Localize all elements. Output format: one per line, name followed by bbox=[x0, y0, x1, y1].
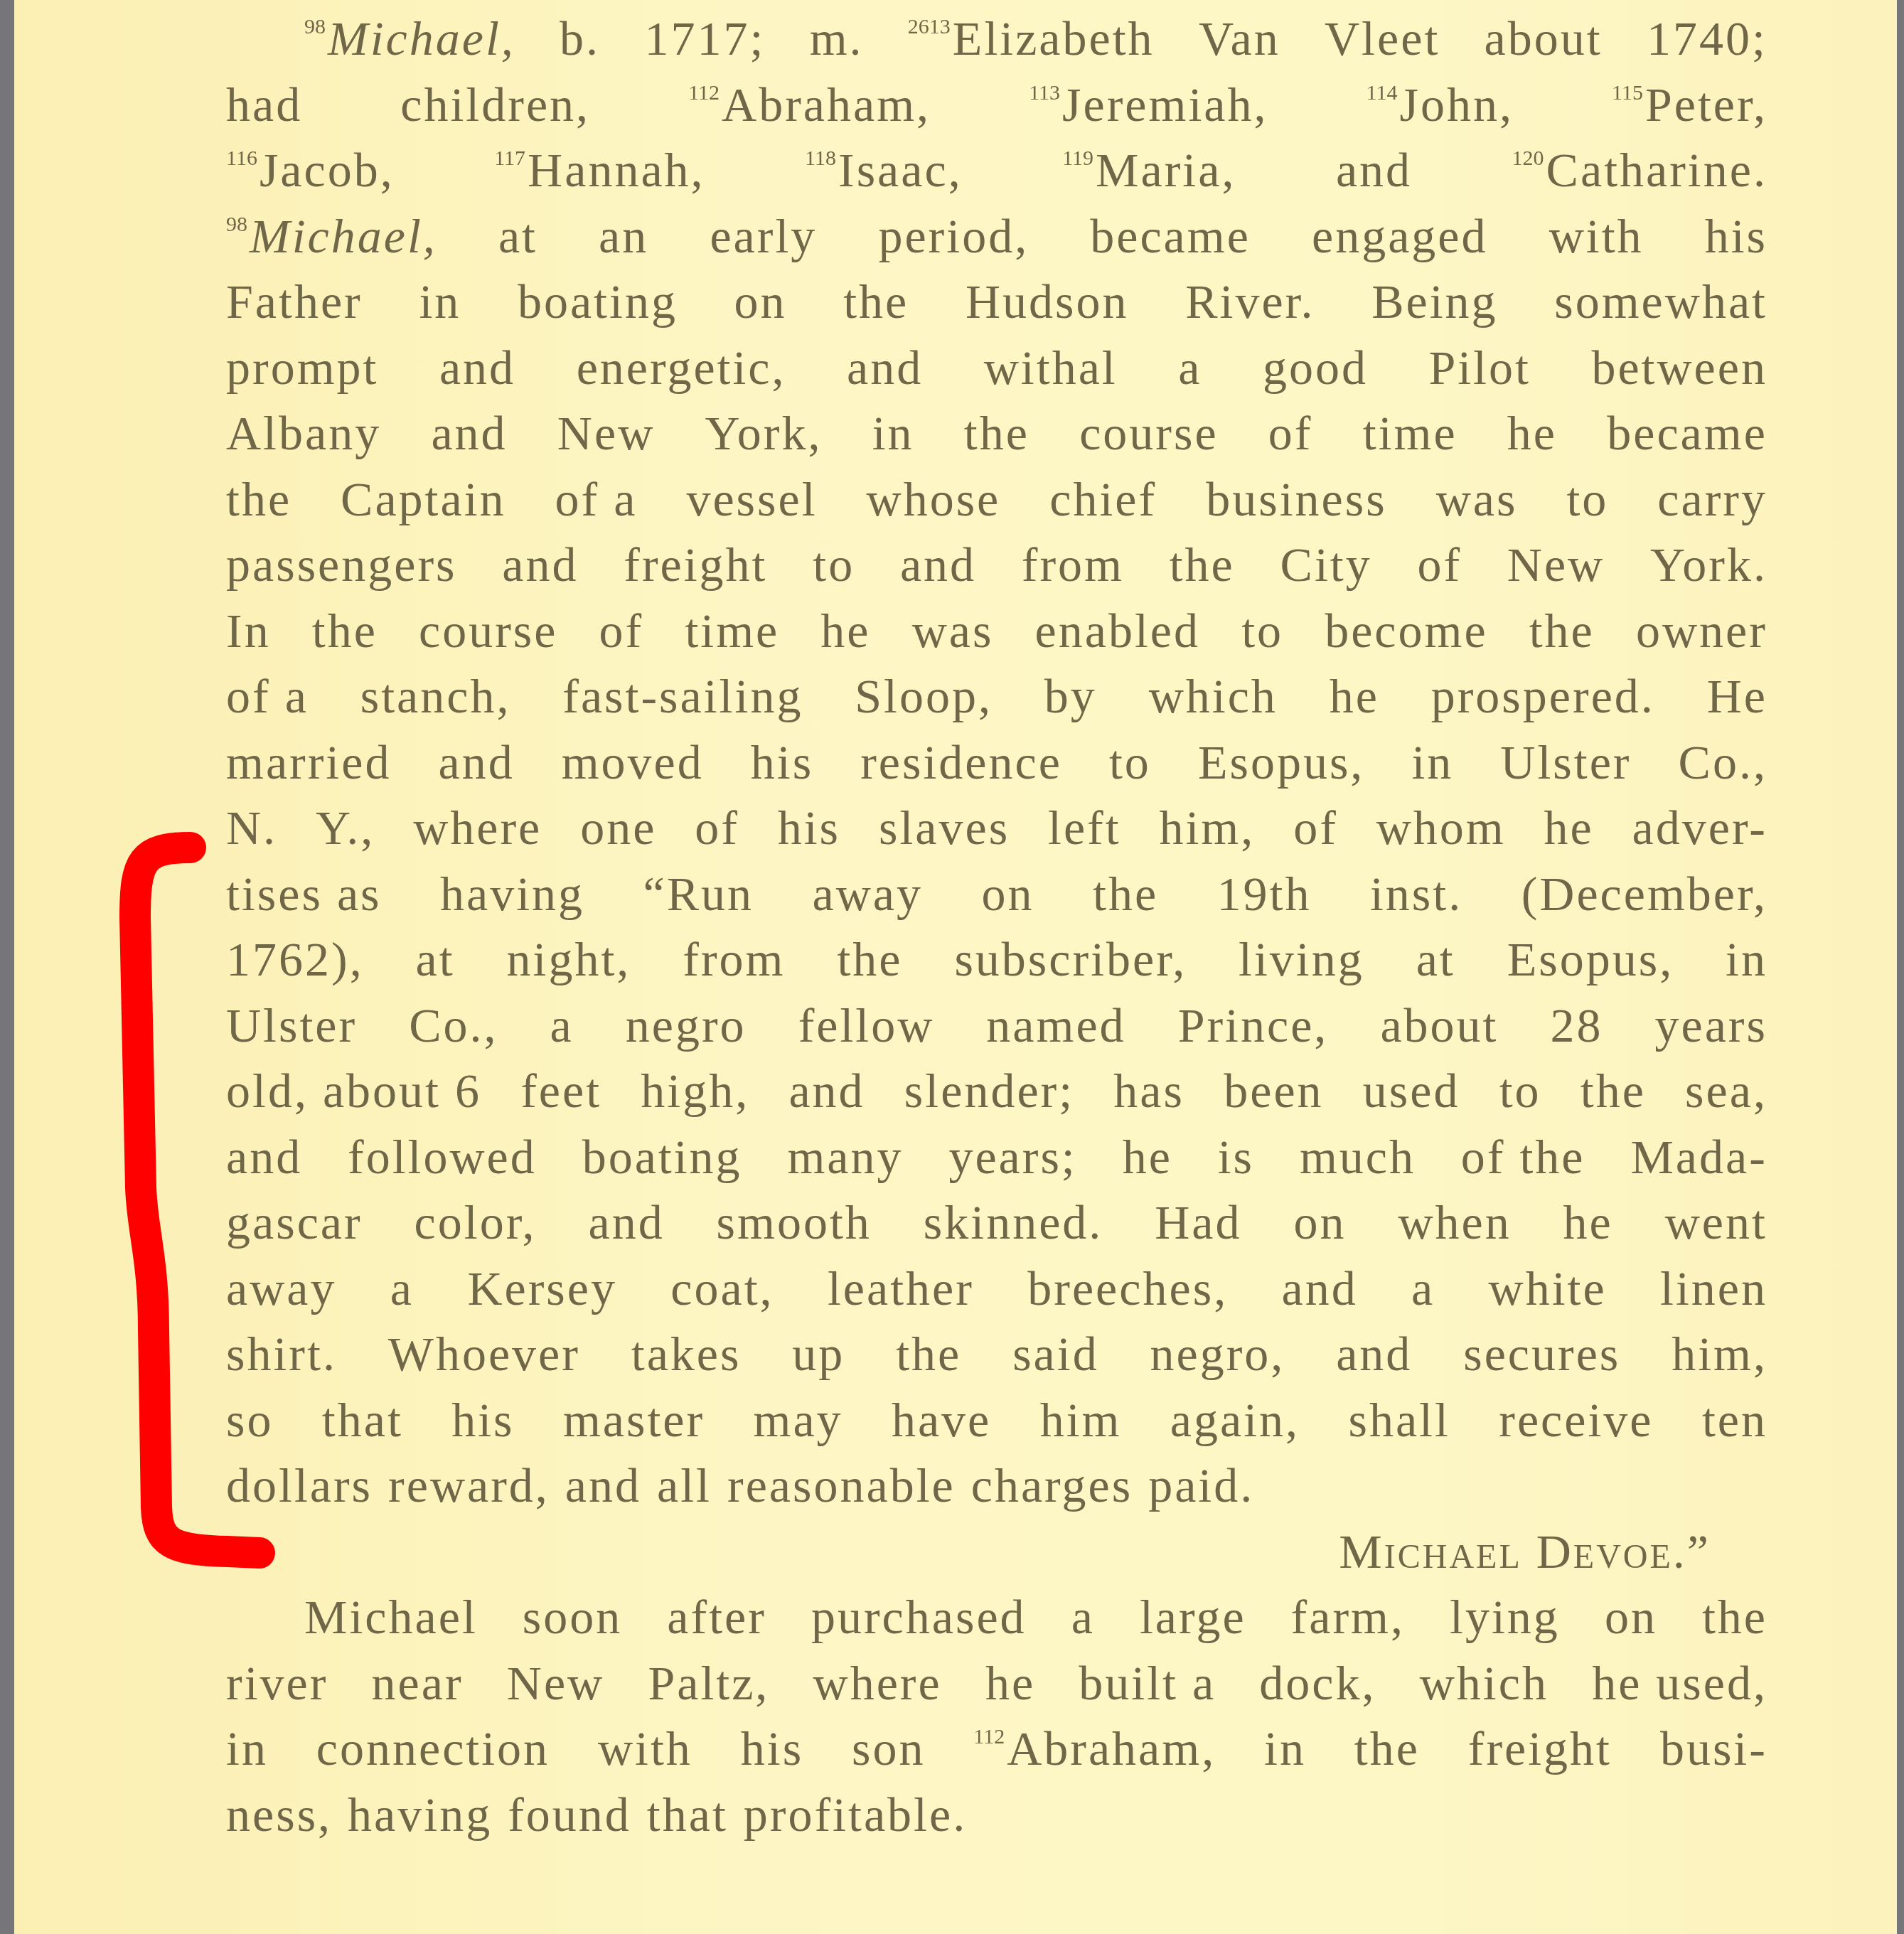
word: 113Jeremiah, bbox=[1029, 72, 1268, 138]
word: fast-sailing bbox=[562, 663, 803, 730]
word: the bbox=[1093, 861, 1158, 927]
word: a bbox=[550, 993, 574, 1059]
word: son bbox=[852, 1716, 925, 1782]
word: the bbox=[226, 466, 292, 533]
word: In bbox=[226, 598, 271, 664]
word: in bbox=[1264, 1716, 1306, 1782]
word: freight bbox=[624, 532, 767, 598]
text-line: hadchildren,112Abraham,113Jeremiah,114Jo… bbox=[226, 72, 1767, 138]
word: to bbox=[1566, 466, 1608, 533]
word: went bbox=[1665, 1190, 1767, 1256]
word: negro bbox=[626, 993, 747, 1059]
word: he bbox=[820, 598, 870, 664]
word: have bbox=[892, 1387, 991, 1453]
word: many bbox=[787, 1124, 903, 1190]
word: all bbox=[657, 1453, 712, 1519]
word: Hudson bbox=[966, 269, 1129, 335]
word: about bbox=[1485, 6, 1603, 72]
word: may bbox=[754, 1387, 843, 1453]
word: near bbox=[372, 1650, 464, 1716]
word: 112Abraham, bbox=[973, 1716, 1216, 1782]
word: named bbox=[986, 993, 1125, 1059]
reference-number: 120 bbox=[1512, 146, 1544, 170]
word: of a bbox=[226, 663, 309, 730]
word: He bbox=[1707, 663, 1767, 730]
word: stanch, bbox=[360, 663, 511, 730]
word: Co., bbox=[409, 993, 498, 1059]
word: 116Jacob, bbox=[226, 137, 395, 203]
word: 1717; bbox=[644, 6, 765, 72]
word: in bbox=[1726, 926, 1767, 993]
word: profitable. bbox=[744, 1782, 967, 1848]
reference-number: 115 bbox=[1612, 81, 1643, 105]
word: left bbox=[1048, 795, 1121, 861]
word: married bbox=[226, 730, 391, 796]
reference-number: 2613 bbox=[908, 15, 951, 38]
text-line: marriedandmovedhisresidencetoEsopus,inUl… bbox=[226, 730, 1767, 796]
word: his bbox=[451, 1387, 514, 1453]
text-line: AlbanyandNewYork,inthecourseoftimehebeca… bbox=[226, 400, 1767, 466]
word: Esopus, bbox=[1198, 730, 1364, 796]
word: children, bbox=[400, 72, 590, 138]
word: where bbox=[413, 795, 542, 861]
word: night, bbox=[507, 926, 631, 993]
word: the bbox=[1170, 532, 1235, 598]
word: he bbox=[1507, 400, 1557, 466]
word: time bbox=[1363, 400, 1458, 466]
text-line: FatherinboatingontheHudsonRiver.Beingsom… bbox=[226, 269, 1767, 335]
word: and bbox=[438, 730, 514, 796]
word: him, bbox=[1672, 1321, 1767, 1387]
word: leather bbox=[828, 1256, 974, 1322]
word: he bbox=[985, 1650, 1035, 1716]
word: to bbox=[1241, 598, 1283, 664]
word: he used, bbox=[1592, 1650, 1767, 1716]
text-line: 116Jacob,117Hannah,118Isaac,119Maria,and… bbox=[226, 137, 1767, 203]
word: was bbox=[912, 598, 994, 664]
word: breeches, bbox=[1027, 1256, 1228, 1322]
page-text: 98Michael,b.1717;m.2613ElizabethVanVleet… bbox=[226, 6, 1767, 1847]
word: Vleet bbox=[1325, 6, 1440, 72]
reference-number: 117 bbox=[494, 146, 525, 170]
word: connection bbox=[316, 1716, 550, 1782]
word: River. bbox=[1185, 269, 1315, 335]
word: large bbox=[1140, 1584, 1246, 1650]
word: years; bbox=[948, 1124, 1076, 1190]
word: that bbox=[647, 1782, 728, 1848]
word: the bbox=[896, 1321, 961, 1387]
word: engaged bbox=[1312, 203, 1488, 269]
word: he bbox=[1123, 1124, 1172, 1190]
word: inst. bbox=[1370, 861, 1462, 927]
word: up bbox=[792, 1321, 845, 1387]
word: paid. bbox=[1148, 1453, 1254, 1519]
word: lying bbox=[1450, 1584, 1560, 1650]
word: early bbox=[710, 203, 817, 269]
word: Paltz, bbox=[648, 1650, 769, 1716]
word: Michael bbox=[304, 1584, 478, 1650]
word: and bbox=[788, 1058, 865, 1124]
word: course bbox=[1079, 400, 1218, 466]
word: 112Abraham, bbox=[688, 72, 931, 138]
word: living bbox=[1239, 926, 1364, 993]
text-line: 98Michael,b.1717;m.2613ElizabethVanVleet… bbox=[226, 6, 1767, 72]
word: City bbox=[1280, 532, 1372, 598]
reference-number: 114 bbox=[1367, 81, 1398, 105]
word: on bbox=[734, 269, 787, 335]
word: whom bbox=[1376, 795, 1506, 861]
reference-number: 112 bbox=[688, 81, 720, 105]
signature-line: Michael Devoe.” bbox=[226, 1519, 1767, 1585]
word: which bbox=[1149, 663, 1278, 730]
word: having bbox=[348, 1782, 492, 1848]
word: years bbox=[1654, 993, 1767, 1059]
word: chief bbox=[1049, 466, 1157, 533]
word: ness, bbox=[226, 1782, 332, 1848]
word: and bbox=[565, 1453, 641, 1519]
word: after bbox=[667, 1584, 766, 1650]
text-line: promptandenergetic,andwithalagoodPilotbe… bbox=[226, 335, 1767, 401]
word: built a bbox=[1079, 1650, 1216, 1716]
word: takes bbox=[631, 1321, 742, 1387]
word: is bbox=[1218, 1124, 1254, 1190]
word: white bbox=[1489, 1256, 1607, 1322]
word: of bbox=[1417, 532, 1462, 598]
word: the bbox=[1702, 1584, 1767, 1650]
word: linen bbox=[1660, 1256, 1767, 1322]
word: Sloop, bbox=[855, 663, 993, 730]
red-bracket-annotation-icon bbox=[114, 832, 277, 1578]
word: feet bbox=[520, 1058, 601, 1124]
reference-number: 98 bbox=[226, 213, 247, 236]
word: withal bbox=[984, 335, 1118, 401]
word: good bbox=[1263, 335, 1368, 401]
reference-number: 98 bbox=[304, 15, 326, 38]
word: his bbox=[751, 730, 813, 796]
word: 118Isaac, bbox=[805, 137, 963, 203]
word: busi- bbox=[1660, 1716, 1767, 1782]
word: owner bbox=[1636, 598, 1767, 664]
word: ten bbox=[1702, 1387, 1767, 1453]
word: and bbox=[1336, 137, 1412, 203]
word: of the bbox=[1461, 1124, 1585, 1190]
text-line: 98Michael,atanearlyperiod,becameengagedw… bbox=[226, 203, 1767, 269]
word: had bbox=[226, 72, 302, 138]
word: in bbox=[872, 400, 914, 466]
word: freight bbox=[1468, 1716, 1612, 1782]
word: of bbox=[1268, 400, 1313, 466]
word: 28 bbox=[1550, 993, 1603, 1059]
word: master bbox=[563, 1387, 705, 1453]
word: sea, bbox=[1685, 1058, 1767, 1124]
word: a bbox=[390, 1256, 414, 1322]
word: much bbox=[1300, 1124, 1416, 1190]
word: 1740; bbox=[1647, 6, 1767, 72]
word: prospered. bbox=[1431, 663, 1655, 730]
word: and bbox=[847, 335, 923, 401]
word: when bbox=[1398, 1190, 1511, 1256]
word: 115Peter, bbox=[1612, 72, 1767, 138]
word: color, bbox=[415, 1190, 537, 1256]
word: with bbox=[1549, 203, 1644, 269]
text-line: 1762),atnight,fromthesubscriber,livingat… bbox=[226, 926, 1767, 993]
word: shall bbox=[1348, 1387, 1450, 1453]
word: New bbox=[1507, 532, 1605, 598]
word: away bbox=[813, 861, 923, 927]
word: dock, bbox=[1259, 1650, 1376, 1716]
word: and bbox=[1282, 1256, 1358, 1322]
word: soon bbox=[523, 1584, 622, 1650]
word: reward, bbox=[388, 1453, 550, 1519]
word: adver- bbox=[1632, 795, 1767, 861]
word: charges bbox=[971, 1453, 1133, 1519]
text-line: theCaptainof avesselwhosechiefbusinesswa… bbox=[226, 466, 1767, 533]
text-line: UlsterCo.,anegrofellownamedPrince,about2… bbox=[226, 993, 1767, 1059]
word: 98Michael, bbox=[226, 203, 437, 269]
text-line: Inthecourseoftimehewasenabledtobecomethe… bbox=[226, 598, 1767, 664]
word: having bbox=[440, 861, 584, 927]
word: carry bbox=[1657, 466, 1767, 533]
word: from bbox=[683, 926, 785, 993]
word: purchased bbox=[811, 1584, 1027, 1650]
word: and bbox=[900, 532, 976, 598]
word: that bbox=[322, 1387, 403, 1453]
word: became bbox=[1607, 400, 1767, 466]
word: his bbox=[1705, 203, 1767, 269]
word: river bbox=[226, 1650, 328, 1716]
text-line: tises ashaving“Runawayonthe19thinst.(Dec… bbox=[226, 861, 1767, 927]
word: found bbox=[508, 1782, 631, 1848]
text-line: rivernearNewPaltz,wherehebuilt adock,whi… bbox=[226, 1650, 1767, 1716]
word: subscriber, bbox=[954, 926, 1187, 993]
word: he bbox=[1544, 795, 1594, 861]
word: to bbox=[1109, 730, 1151, 796]
word: somewhat bbox=[1554, 269, 1767, 335]
word: him, bbox=[1159, 795, 1255, 861]
word: Kersey bbox=[467, 1256, 617, 1322]
word: Being bbox=[1371, 269, 1497, 335]
word: been bbox=[1224, 1058, 1323, 1124]
word: followed bbox=[348, 1124, 537, 1190]
text-line: ness,havingfoundthatprofitable. bbox=[226, 1782, 1767, 1848]
word: the bbox=[837, 926, 902, 993]
word: of bbox=[599, 598, 644, 664]
word: passengers bbox=[226, 532, 457, 598]
word: reasonable bbox=[727, 1453, 956, 1519]
reference-number: 119 bbox=[1062, 146, 1093, 170]
word: at bbox=[1416, 926, 1455, 993]
word: course bbox=[419, 598, 557, 664]
word: of bbox=[695, 795, 739, 861]
word: on bbox=[982, 861, 1034, 927]
word: m. bbox=[810, 6, 864, 72]
word: boating bbox=[518, 269, 678, 335]
word: enabled bbox=[1035, 598, 1200, 664]
word: 2613Elizabeth bbox=[908, 6, 1155, 72]
word: 117Hannah, bbox=[494, 137, 705, 203]
word: and bbox=[439, 335, 515, 401]
word: in bbox=[1411, 730, 1453, 796]
word: coat, bbox=[670, 1256, 774, 1322]
word: with bbox=[598, 1716, 692, 1782]
word: New bbox=[557, 400, 655, 466]
word: he bbox=[1563, 1190, 1613, 1256]
word: from bbox=[1022, 532, 1124, 598]
text-line: Michaelsoonafterpurchasedalargefarm,lyin… bbox=[226, 1584, 1767, 1650]
text-line: N.Y.,whereoneofhisslaveslefthim,ofwhomhe… bbox=[226, 795, 1767, 861]
word: 19th bbox=[1217, 861, 1312, 927]
word: and bbox=[1336, 1321, 1412, 1387]
word: where bbox=[813, 1650, 942, 1716]
word: York. bbox=[1650, 532, 1767, 598]
text-line: awayaKerseycoat,leatherbreeches,andawhit… bbox=[226, 1256, 1767, 1322]
reference-number: 116 bbox=[226, 146, 257, 170]
word: prompt bbox=[226, 335, 378, 401]
word: period, bbox=[878, 203, 1029, 269]
word: one bbox=[580, 795, 656, 861]
word: Ulster bbox=[1500, 730, 1631, 796]
word: became bbox=[1090, 203, 1251, 269]
word: on bbox=[1605, 1584, 1657, 1650]
word: him bbox=[1040, 1387, 1122, 1453]
word: to bbox=[813, 532, 855, 598]
word: Esopus, bbox=[1507, 926, 1674, 993]
word: Pilot bbox=[1428, 335, 1531, 401]
text-line: sothathismastermayhavehimagain,shallrece… bbox=[226, 1387, 1767, 1453]
reference-number: 118 bbox=[805, 146, 836, 170]
word: become bbox=[1325, 598, 1487, 664]
word: “Run bbox=[643, 861, 754, 927]
word: the bbox=[843, 269, 909, 335]
word: secures bbox=[1463, 1321, 1620, 1387]
word: Y., bbox=[316, 795, 375, 861]
word: 119Maria, bbox=[1062, 137, 1236, 203]
word: between bbox=[1591, 335, 1767, 401]
word: of bbox=[1293, 795, 1338, 861]
word: slender; bbox=[904, 1058, 1074, 1124]
word: whose bbox=[867, 466, 1001, 533]
word: (December, bbox=[1521, 861, 1767, 927]
word: a bbox=[1071, 1584, 1095, 1650]
word: a bbox=[1411, 1256, 1435, 1322]
word: residence bbox=[860, 730, 1062, 796]
word: the bbox=[1354, 1716, 1420, 1782]
word: again, bbox=[1170, 1387, 1300, 1453]
word: a bbox=[1178, 335, 1202, 401]
word: smooth bbox=[717, 1190, 872, 1256]
word: an bbox=[599, 203, 648, 269]
word: the bbox=[1581, 1058, 1646, 1124]
word: and bbox=[502, 532, 578, 598]
word: which bbox=[1420, 1650, 1549, 1716]
word: in bbox=[226, 1716, 268, 1782]
reference-number: 113 bbox=[1029, 81, 1060, 105]
word: Prince, bbox=[1178, 993, 1329, 1059]
word: the bbox=[1529, 598, 1595, 664]
word: about bbox=[1380, 993, 1498, 1059]
word: Co., bbox=[1679, 730, 1767, 796]
word: receive bbox=[1499, 1387, 1653, 1453]
book-page: 98Michael,b.1717;m.2613ElizabethVanVleet… bbox=[14, 0, 1897, 1934]
word: has bbox=[1113, 1058, 1184, 1124]
word: to bbox=[1499, 1058, 1541, 1124]
word: 98Michael, bbox=[304, 6, 515, 72]
text-line: old, about 6feethigh,andslender;hasbeenu… bbox=[226, 1058, 1767, 1124]
word: boating bbox=[582, 1124, 742, 1190]
word: vessel bbox=[686, 466, 817, 533]
word: Captain bbox=[341, 466, 506, 533]
word: Had bbox=[1155, 1190, 1241, 1256]
word: at bbox=[416, 926, 455, 993]
word: used bbox=[1363, 1058, 1460, 1124]
word: Mada- bbox=[1630, 1124, 1767, 1190]
text-line: of astanch,fast-sailingSloop,bywhichhepr… bbox=[226, 663, 1767, 730]
word: 120Catharine. bbox=[1512, 137, 1767, 203]
word: New bbox=[507, 1650, 604, 1716]
word: skinned. bbox=[924, 1190, 1103, 1256]
word: was bbox=[1436, 466, 1518, 533]
text-line: inconnectionwithhisson112Abraham,inthefr… bbox=[226, 1716, 1767, 1782]
word: his bbox=[778, 795, 840, 861]
word: said bbox=[1012, 1321, 1099, 1387]
word: and bbox=[589, 1190, 665, 1256]
text-line: dollarsreward,andallreasonablechargespai… bbox=[226, 1453, 1767, 1519]
word: Father bbox=[226, 269, 363, 335]
word: energetic, bbox=[577, 335, 786, 401]
word: Whoever bbox=[388, 1321, 580, 1387]
word: Michael Devoe.” bbox=[1339, 1519, 1711, 1585]
word: York, bbox=[705, 400, 822, 466]
text-line: andfollowedboatingmanyyears;heismuchof t… bbox=[226, 1124, 1767, 1190]
word: his bbox=[741, 1716, 803, 1782]
text-line: gascarcolor,andsmoothskinned.Hadonwhenhe… bbox=[226, 1190, 1767, 1256]
word: Van bbox=[1199, 6, 1280, 72]
word: negro, bbox=[1150, 1321, 1285, 1387]
word: 114John, bbox=[1367, 72, 1514, 138]
text-line: shirt.Whoevertakesupthesaidnegro,andsecu… bbox=[226, 1321, 1767, 1387]
word: time bbox=[685, 598, 779, 664]
word: high, bbox=[641, 1058, 749, 1124]
word: Albany bbox=[226, 400, 381, 466]
word: the bbox=[312, 598, 378, 664]
word: on bbox=[1293, 1190, 1346, 1256]
word: the bbox=[964, 400, 1029, 466]
word: of a bbox=[555, 466, 638, 533]
word: by bbox=[1044, 663, 1097, 730]
word: slaves bbox=[879, 795, 1010, 861]
word: at bbox=[498, 203, 537, 269]
word: b. bbox=[560, 6, 600, 72]
word: moved bbox=[562, 730, 704, 796]
word: farm, bbox=[1291, 1584, 1405, 1650]
word: fellow bbox=[798, 993, 935, 1059]
word: in bbox=[419, 269, 461, 335]
word: he bbox=[1330, 663, 1379, 730]
word: and bbox=[431, 400, 507, 466]
text-line: passengersandfreighttoandfromtheCityofNe… bbox=[226, 532, 1767, 598]
word: business bbox=[1206, 466, 1386, 533]
reference-number: 112 bbox=[973, 1725, 1005, 1748]
